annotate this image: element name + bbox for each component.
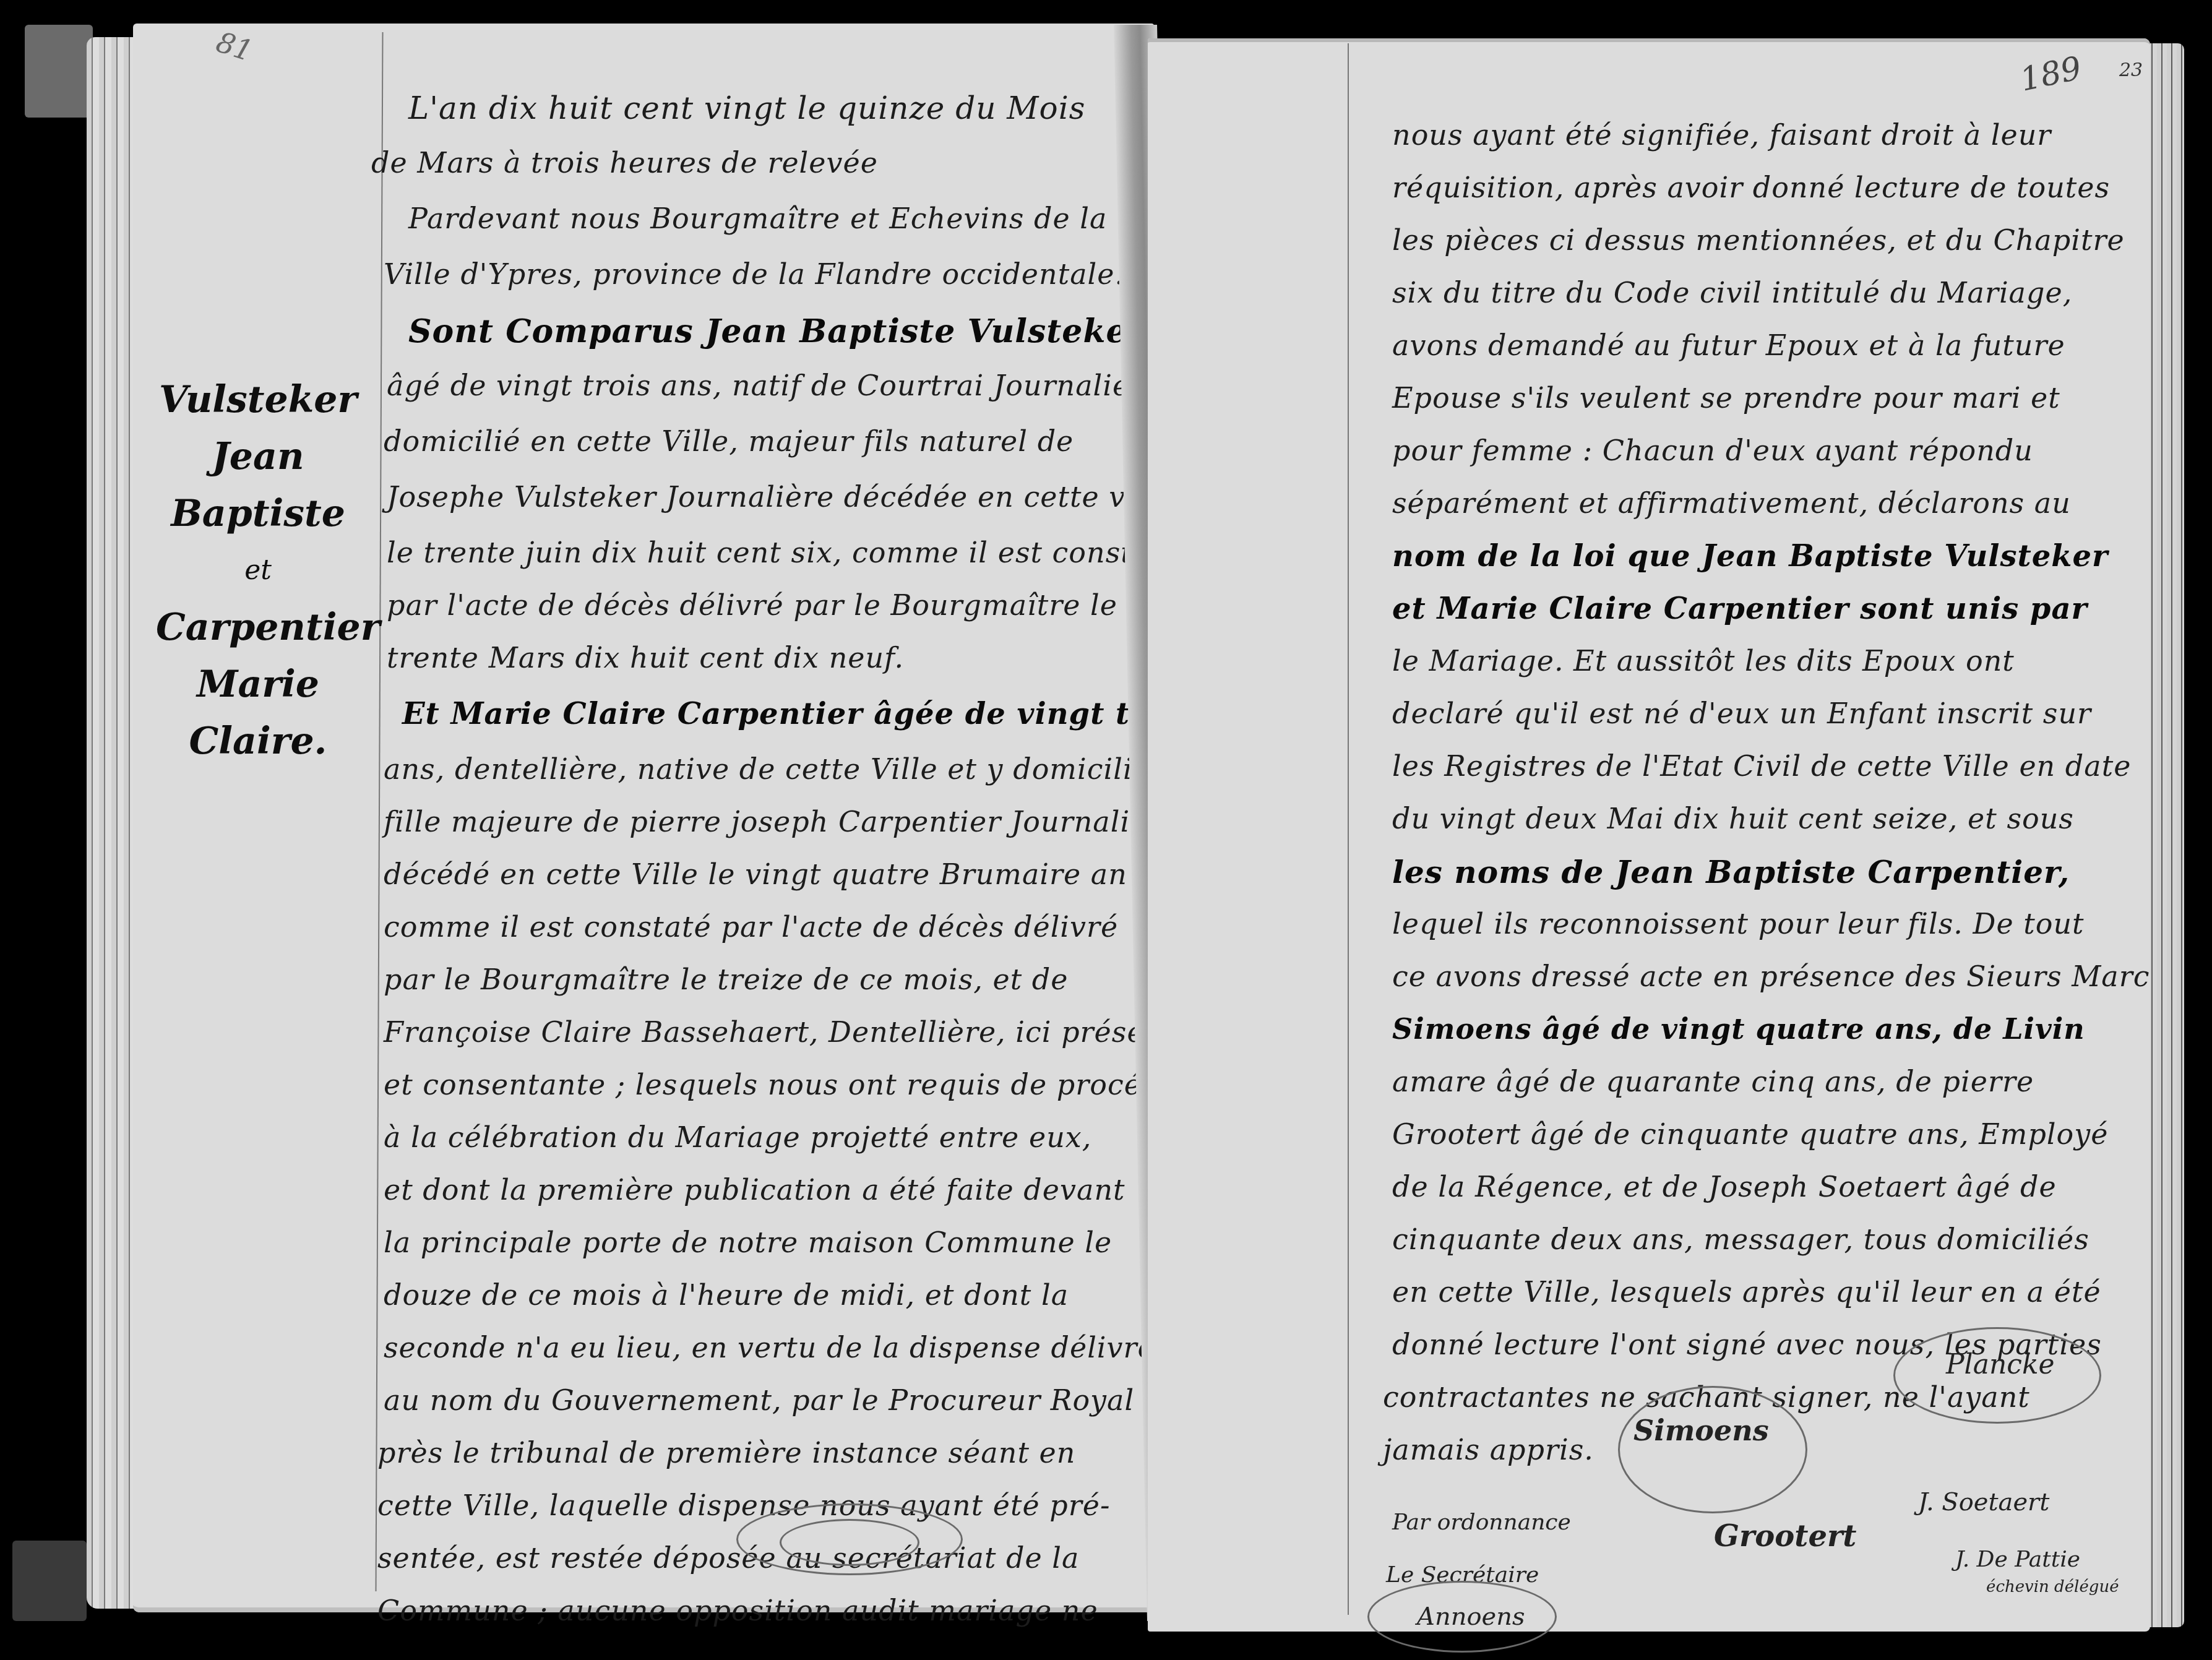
binding-tab-top	[25, 25, 93, 118]
text-line: avons demandé au futur Epoux et à la fut…	[1392, 331, 2065, 359]
text-line: près le tribunal de première instance sé…	[377, 1439, 1075, 1467]
margin-name-note: Vulsteker Jean Baptiste et Carpentier Ma…	[156, 371, 360, 770]
text-line-witness: amare âgé de quarante cinq ans, de pierr…	[1392, 1067, 2034, 1096]
signature-simoens: Simoens	[1633, 1414, 1769, 1447]
text-line: nous ayant été signifiée, faisant droit …	[1392, 121, 2051, 149]
text-line: réquisition, après avoir donné lecture d…	[1392, 173, 2110, 202]
text-line: comme il est constaté par l'acte de décè…	[384, 913, 1118, 941]
margin-line: Claire.	[156, 713, 360, 770]
text-line: de Mars à trois heures de relevée	[371, 148, 878, 177]
text-line-bride: Et Marie Claire Carpentier âgée de vingt…	[402, 699, 1196, 729]
text-line: par le Bourgmaître le treize de ce mois,…	[384, 965, 1069, 994]
text-line: ce avons dressé acte en présence des Sie…	[1392, 962, 2150, 991]
text-line-witness: Simoens âgé de vingt quatre ans, de Livi…	[1392, 1015, 2085, 1043]
text-line: par l'acte de décès délivré par le Bourg…	[387, 591, 1117, 619]
text-line: du vingt deux Mai dix huit cent seize, e…	[1392, 804, 2074, 833]
text-line: séparément et affirmativement, déclarons…	[1392, 489, 2071, 517]
text-line-child-name: les noms de Jean Baptiste Carpentier,	[1392, 857, 2070, 888]
text-line: les pièces ci dessus mentionnées, et du …	[1392, 226, 2125, 254]
text-line: à la célébration du Mariage projetté ent…	[384, 1123, 1091, 1151]
text-line: fille majeure de pierre joseph Carpentie…	[384, 807, 1168, 836]
text-line: les Registres de l'Etat Civil de cette V…	[1392, 752, 2131, 780]
text-line: pour femme : Chacun d'eux ayant répondu	[1392, 436, 2033, 465]
text-line: sentée, est restée déposée au secrétaria…	[377, 1544, 1079, 1572]
signature-flourish-simoens	[1618, 1386, 1807, 1513]
right-margin-rule	[1348, 43, 1349, 1615]
flourish-ornament-left-inner	[780, 1519, 919, 1566]
text-line: cette Ville, laquelle dispense nous ayan…	[377, 1491, 1111, 1520]
signature-secretary: Annoens	[1417, 1602, 1525, 1631]
text-line: Françoise Claire Bassehaert, Dentellière…	[384, 1018, 1193, 1046]
text-line: six du titre du Code civil intitulé du M…	[1392, 278, 2072, 307]
signature-mayor: J. De Pattie	[1955, 1547, 2080, 1572]
text-line: trente Mars dix huit cent dix neuf.	[387, 643, 904, 672]
text-line-witness: Grootert âgé de cinquante quatre ans, Em…	[1392, 1120, 2108, 1148]
text-line: le Mariage. Et aussitôt les dits Epoux o…	[1392, 647, 2015, 675]
text-line: cinquante deux ans, messager, tous domic…	[1392, 1225, 2089, 1254]
text-line-declaration-bride: et Marie Claire Carpentier sont unis par	[1392, 594, 2088, 624]
text-line: Epouse s'ils veulent se prendre pour mar…	[1392, 384, 2060, 412]
signature-soetaert: J. Soetaert	[1918, 1488, 2049, 1516]
margin-line: Carpentier	[156, 599, 360, 656]
text-line: en cette Ville, lesquels après qu'il leu…	[1392, 1278, 2101, 1306]
text-line: lequel ils reconnoissent pour leur fils.…	[1392, 910, 2085, 938]
text-line: Ville d'Ypres, province de la Flandre oc…	[384, 260, 1124, 288]
register-spread: 81 Vulsteker Jean Baptiste et Carpentier…	[0, 0, 2212, 1660]
text-line: âgé de vingt trois ans, natif de Courtra…	[387, 371, 1144, 400]
text-line-groom: Sont Comparus Jean Baptiste Vulsteker	[408, 316, 1145, 348]
text-line: jamais appris.	[1383, 1435, 1594, 1464]
text-line: le trente juin dix huit cent six, comme …	[387, 538, 1180, 567]
text-line: declaré qu'il est né d'eux un Enfant ins…	[1392, 699, 2091, 728]
text-line: ans, dentellière, native de cette Ville …	[384, 755, 1177, 783]
margin-line: Baptiste	[156, 485, 360, 542]
binding-tab-bottom	[12, 1541, 87, 1621]
text-line: douze de ce mois à l'heure de midi, et d…	[384, 1281, 1069, 1309]
margin-line: Vulsteker	[156, 371, 360, 428]
text-line: décédé en cette Ville le vingt quatre Br…	[384, 860, 1216, 888]
margin-line: et	[156, 542, 360, 599]
signature-grootert: Grootert	[1714, 1519, 1856, 1554]
signature-plancke: Plancke	[1946, 1349, 2055, 1380]
official-note-ordonnance: Par ordonnance	[1392, 1510, 1571, 1535]
text-line: L'an dix huit cent vingt le quinze du Mo…	[408, 93, 1085, 124]
margin-line: Jean	[156, 428, 360, 485]
text-line: et dont la première publication a été fa…	[384, 1176, 1125, 1204]
text-line: domicilié en cette Ville, majeur fils na…	[384, 427, 1074, 455]
text-line: au nom du Gouvernement, par le Procureur…	[384, 1386, 1134, 1414]
text-line: Josephe Vulsteker Journalière décédée en…	[387, 483, 1173, 511]
folio-right-number: 23	[2119, 59, 2143, 81]
text-line-declaration-groom: nom de la loi que Jean Baptiste Vulsteke…	[1392, 541, 2108, 571]
text-line-witness: de la Régence, et de Joseph Soetaert âgé…	[1392, 1172, 2057, 1201]
text-line: Commune ; aucune opposition audit mariag…	[377, 1596, 1098, 1625]
text-line: seconde n'a eu lieu, en vertu de la disp…	[384, 1333, 1173, 1362]
text-line: la principale porte de notre maison Comm…	[384, 1228, 1112, 1257]
text-line: Pardevant nous Bourgmaître et Echevins d…	[408, 204, 1107, 233]
text-line: et consentante ; lesquels nous ont requi…	[384, 1070, 1192, 1099]
page-stack-right	[2147, 43, 2184, 1627]
margin-line: Marie	[156, 656, 360, 713]
mayor-note: échevin délégué	[1986, 1578, 2119, 1596]
